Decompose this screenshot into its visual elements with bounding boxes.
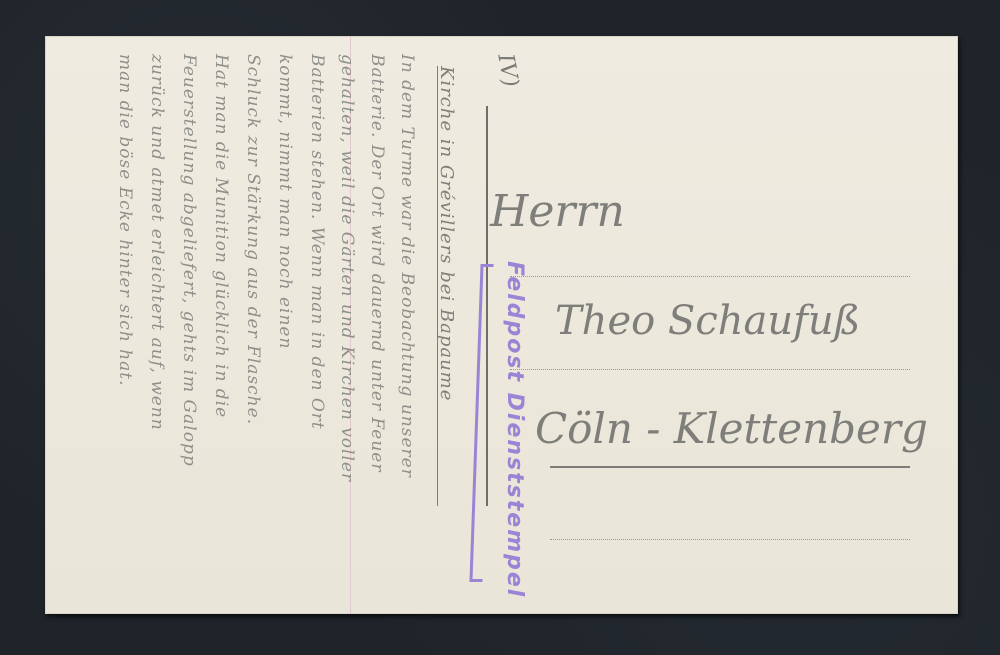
message-line: zurück und atmet erleichtert auf, wenn [147,54,167,431]
address-name: Theo Schaufuß [555,298,860,344]
address-city: Cöln - Klettenberg [535,404,928,453]
message-line: gehalten, weil die Gärten und Kirchen vo… [337,54,357,482]
message-line: kommt, nimmt man noch einen [275,54,295,349]
section-mark: IV) [492,52,522,89]
message-line: Schluck zur Stärkung aus der Flasche. [243,54,263,425]
field-post-stamp: Feldpost Dienststempel [502,261,527,598]
message-line: In dem Turme war die Beobachtung unserer [397,54,417,478]
message-line: Batterie. Der Ort wird dauernd unter Feu… [367,54,387,472]
address-salutation: Herrn [490,186,625,237]
message-line: Batterien stehen. Wenn man in den Ort [307,54,327,430]
message-heading: Kirche in Grévillers bei Bapaume [436,66,457,401]
message-line: Feuerstellung abgeliefert, gehts im Galo… [179,54,199,467]
address-line-4 [550,539,910,540]
postcard: Kirche in Grévillers bei Bapaume In dem … [45,36,958,614]
address-line-3 [550,466,910,468]
address-line-1 [510,276,910,277]
message-line: Hat man die Munition glücklich in die [211,54,231,418]
address-line-2 [510,369,910,370]
message-line: man die böse Ecke hinter sich hat. [115,54,135,387]
message-area: Kirche in Grévillers bei Bapaume In dem … [45,36,485,614]
